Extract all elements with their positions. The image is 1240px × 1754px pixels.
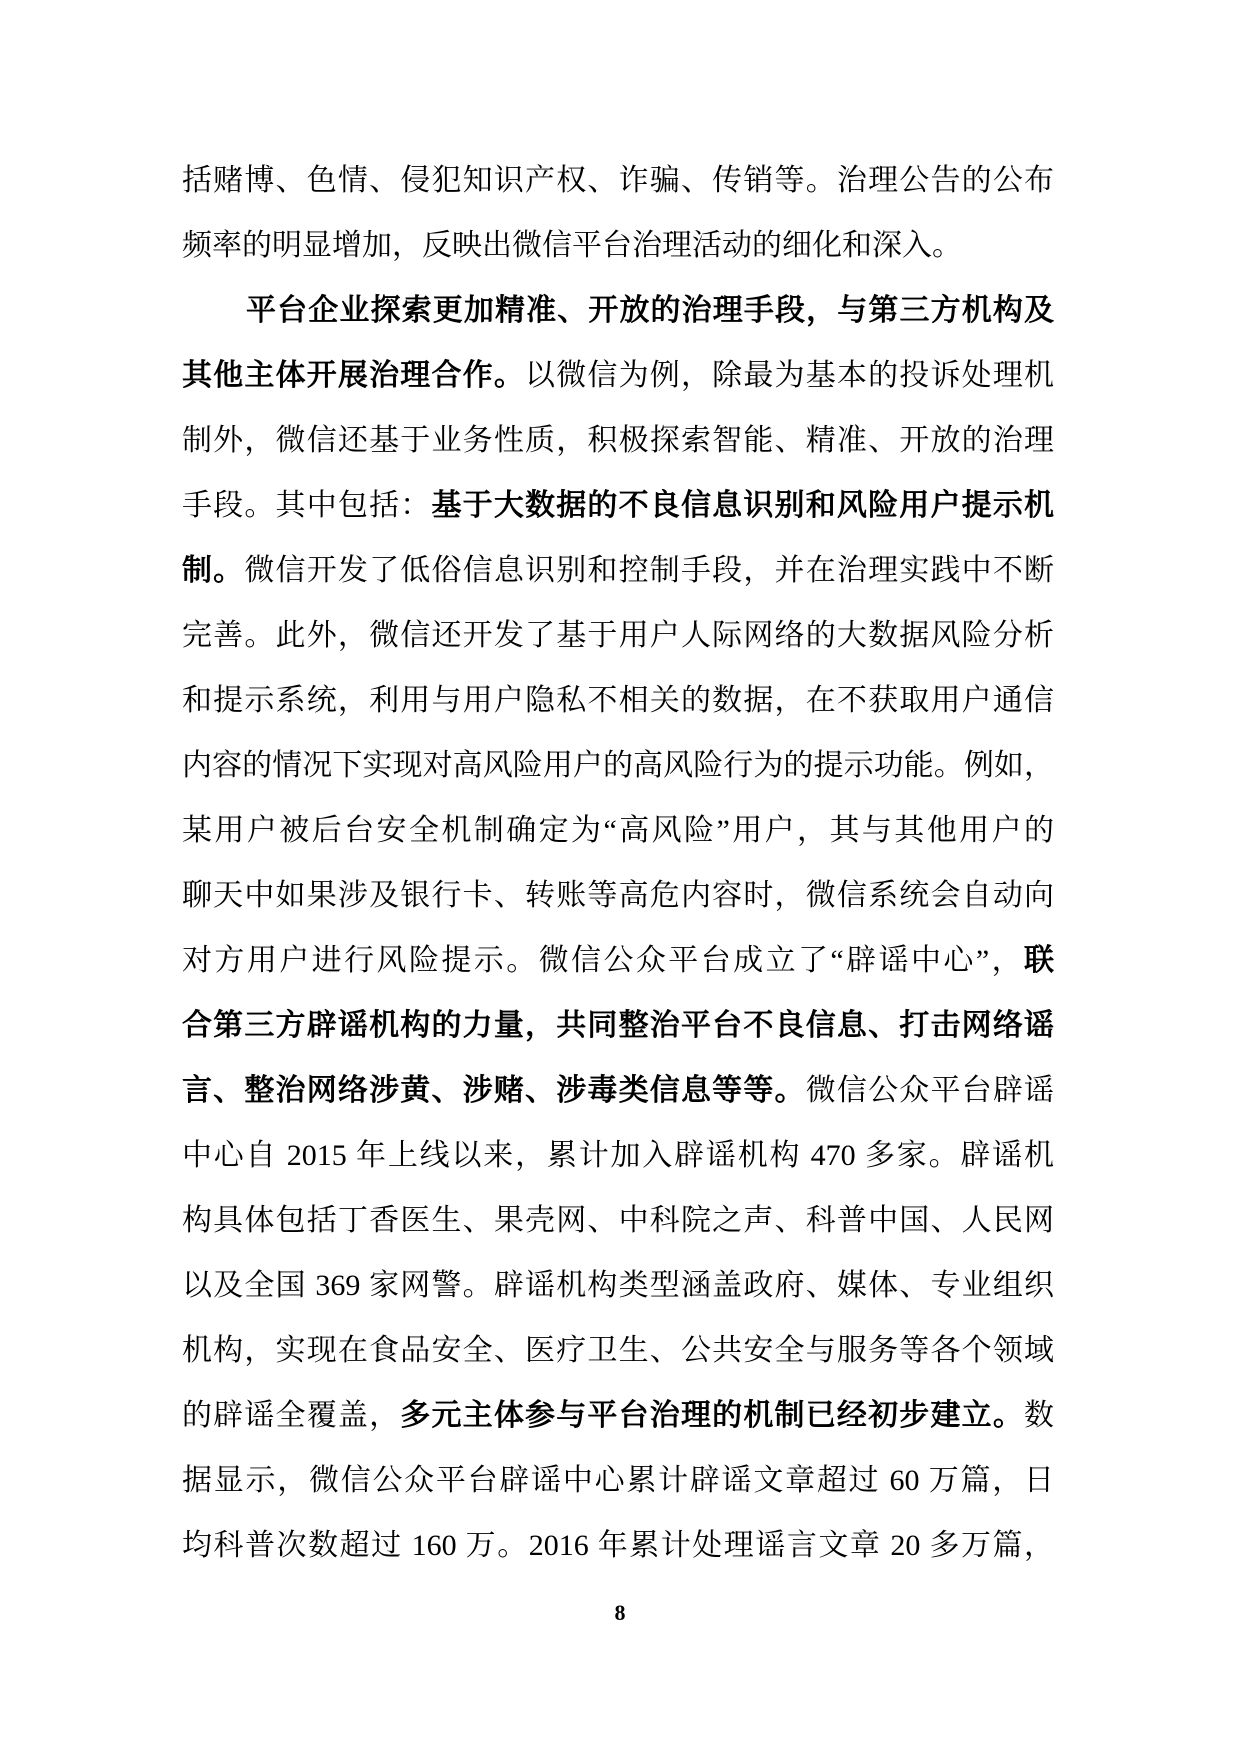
text-run: 对方用户进行风险提示。微信公众平台成立了“辟谣中心”， <box>182 944 1024 977</box>
text-run: 聊天中如果涉及银行卡、转账等高危内容时，微信系统会自动向 <box>182 879 1054 912</box>
emphasis-text-run: 基于大数据的不良信息识别和风险用户提示机 <box>431 489 1054 522</box>
text-line: 机构，实现在食品安全、医疗卫生、公共安全与服务等各个领域 <box>182 1318 1054 1383</box>
emphasis-text-run: 联 <box>1024 944 1054 977</box>
text-run: 均科普次数超过 160 万。2016 年累计处理谣言文章 20 多万篇， <box>182 1529 1054 1562</box>
text-line: 对方用户进行风险提示。微信公众平台成立了“辟谣中心”，联 <box>182 928 1054 993</box>
text-line: 平台企业探索更加精准、开放的治理手段，与第三方机构及 <box>182 278 1054 343</box>
text-line: 内容的情况下实现对高风险用户的高风险行为的提示功能。例如， <box>182 733 1054 798</box>
text-run: 以及全国 369 家网警。辟谣机构类型涵盖政府、媒体、专业组织 <box>182 1269 1054 1302</box>
emphasis-text-run: 制。 <box>182 554 244 587</box>
emphasis-text-run: 合第三方辟谣机构的力量，共同整治平台不良信息、打击网络谣 <box>182 1009 1054 1042</box>
document-page: 括赌博、色情、侵犯知识产权、诈骗、传销等。治理公告的公布频率的明显增加，反映出微… <box>0 0 1240 1754</box>
text-line: 以及全国 369 家网警。辟谣机构类型涵盖政府、媒体、专业组织 <box>182 1253 1054 1318</box>
text-run: 括赌博、色情、侵犯知识产权、诈骗、传销等。治理公告的公布 <box>182 164 1054 197</box>
text-line: 和提示系统，利用与用户隐私不相关的数据，在不获取用户通信 <box>182 668 1054 733</box>
text-line: 某用户被后台安全机制确定为“高风险”用户，其与其他用户的 <box>182 798 1054 863</box>
text-line: 频率的明显增加，反映出微信平台治理活动的细化和深入。 <box>182 213 1054 278</box>
text-run: 完善。此外，微信还开发了基于用户人际网络的大数据风险分析 <box>182 619 1054 652</box>
emphasis-text-run: 言、整治网络涉黄、涉赌、涉毒类信息等等。 <box>182 1074 806 1107</box>
text-run: 微信公众平台辟谣 <box>806 1074 1054 1107</box>
text-line: 言、整治网络涉黄、涉赌、涉毒类信息等等。微信公众平台辟谣 <box>182 1058 1054 1123</box>
text-run: 数 <box>1024 1399 1054 1432</box>
text-line: 合第三方辟谣机构的力量，共同整治平台不良信息、打击网络谣 <box>182 993 1054 1058</box>
text-line: 其他主体开展治理合作。以微信为例，除最为基本的投诉处理机 <box>182 343 1054 408</box>
text-run: 内容的情况下实现对高风险用户的高风险行为的提示功能。例如， <box>182 749 1054 782</box>
text-line: 制外，微信还基于业务性质，积极探索智能、精准、开放的治理 <box>182 408 1054 473</box>
text-line: 括赌博、色情、侵犯知识产权、诈骗、传销等。治理公告的公布 <box>182 148 1054 213</box>
text-run: 和提示系统，利用与用户隐私不相关的数据，在不获取用户通信 <box>182 684 1054 717</box>
text-run: 某用户被后台安全机制确定为“高风险”用户，其与其他用户的 <box>182 814 1054 847</box>
text-line: 制。微信开发了低俗信息识别和控制手段，并在治理实践中不断 <box>182 538 1054 603</box>
body-text: 括赌博、色情、侵犯知识产权、诈骗、传销等。治理公告的公布频率的明显增加，反映出微… <box>182 148 1054 1578</box>
text-run: 机构，实现在食品安全、医疗卫生、公共安全与服务等各个领域 <box>182 1334 1054 1367</box>
text-line: 据显示，微信公众平台辟谣中心累计辟谣文章超过 60 万篇，日 <box>182 1448 1054 1513</box>
text-line: 均科普次数超过 160 万。2016 年累计处理谣言文章 20 多万篇， <box>182 1513 1054 1578</box>
text-run: 以微信为例，除最为基本的投诉处理机 <box>525 359 1054 392</box>
page-number: 8 <box>0 1600 1240 1626</box>
text-run: 微信开发了低俗信息识别和控制手段，并在治理实践中不断 <box>244 554 1054 587</box>
text-run: 频率的明显增加，反映出微信平台治理活动的细化和深入。 <box>182 229 962 262</box>
text-run: 手段。其中包括： <box>182 489 431 522</box>
emphasis-text-run: 其他主体开展治理合作。 <box>182 359 525 392</box>
text-run: 制外，微信还基于业务性质，积极探索智能、精准、开放的治理 <box>182 424 1054 457</box>
text-run: 中心自 2015 年上线以来，累计加入辟谣机构 470 多家。辟谣机 <box>182 1139 1054 1172</box>
text-line: 聊天中如果涉及银行卡、转账等高危内容时，微信系统会自动向 <box>182 863 1054 928</box>
emphasis-text-run: 多元主体参与平台治理的机制已经初步建立。 <box>400 1399 1024 1432</box>
text-line: 中心自 2015 年上线以来，累计加入辟谣机构 470 多家。辟谣机 <box>182 1123 1054 1188</box>
emphasis-text-run: 平台企业探索更加精准、开放的治理手段，与第三方机构及 <box>246 294 1054 327</box>
text-line: 构具体包括丁香医生、果壳网、中科院之声、科普中国、人民网 <box>182 1188 1054 1253</box>
text-run: 的辟谣全覆盖， <box>182 1399 400 1432</box>
text-line: 完善。此外，微信还开发了基于用户人际网络的大数据风险分析 <box>182 603 1054 668</box>
text-line: 的辟谣全覆盖，多元主体参与平台治理的机制已经初步建立。数 <box>182 1383 1054 1448</box>
text-run: 据显示，微信公众平台辟谣中心累计辟谣文章超过 60 万篇，日 <box>182 1464 1054 1497</box>
text-run: 构具体包括丁香医生、果壳网、中科院之声、科普中国、人民网 <box>182 1204 1054 1237</box>
text-line: 手段。其中包括：基于大数据的不良信息识别和风险用户提示机 <box>182 473 1054 538</box>
